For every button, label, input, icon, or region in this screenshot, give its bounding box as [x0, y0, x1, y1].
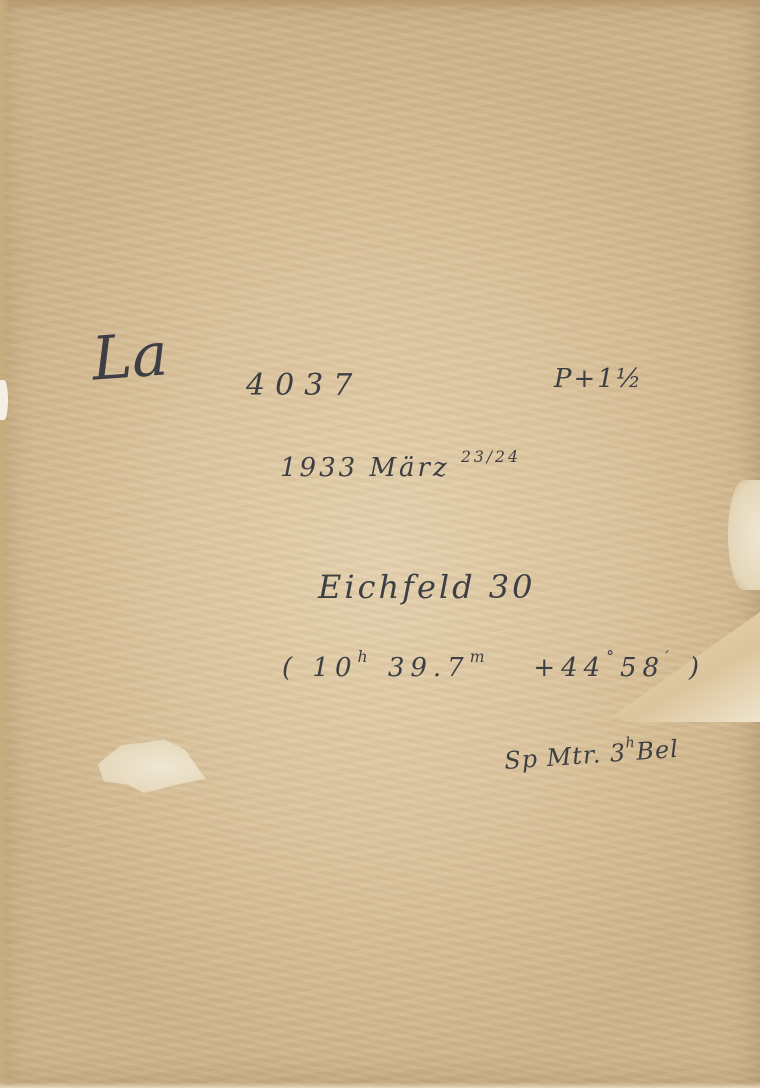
- envelope-paper: La 4037 P+1½ 1933 März 23/24 Eichfeld 30…: [0, 0, 760, 1088]
- coord-open-paren: (: [282, 653, 298, 683]
- ra-hours-unit: h: [358, 648, 374, 666]
- ra-minutes-unit: m: [470, 648, 491, 666]
- left-edge-notch: [0, 380, 8, 420]
- exposure-abbrev: Bel: [635, 735, 679, 766]
- dec-degrees: +44: [533, 653, 606, 683]
- top-edge-shadow: [0, 0, 760, 8]
- dec-minutes: 58: [620, 653, 665, 683]
- ra-hours: 10: [312, 653, 357, 683]
- dec-degrees-unit: °: [606, 648, 620, 666]
- coord-close-paren: ): [689, 653, 705, 683]
- date-days: 23/24: [461, 448, 521, 466]
- field-label: Eichfeld: [318, 568, 476, 606]
- ra-minutes: 39.7: [388, 653, 470, 683]
- left-edge-shadow: [0, 0, 10, 1088]
- exposure-note: Sp Mtr. 3hBel: [503, 732, 680, 775]
- tear-hole: [92, 738, 208, 796]
- field-name: Eichfeld 30: [318, 568, 536, 606]
- dec-minutes-unit: ′: [665, 648, 675, 666]
- date-year: 1933: [280, 453, 358, 483]
- field-number: 30: [489, 568, 536, 606]
- bottom-edge: [0, 1082, 760, 1088]
- observation-date: 1933 März 23/24: [280, 448, 521, 483]
- exposure-duration: 3: [609, 739, 627, 768]
- date-month: März: [369, 453, 449, 483]
- plate-code: P+1½: [554, 364, 643, 394]
- coordinates: ( 10h 39.7m +44°58′ ): [282, 648, 705, 683]
- right-edge-tear: [728, 480, 760, 590]
- catalog-prefix: La: [90, 319, 170, 394]
- exposure-label: Sp Mtr.: [503, 740, 602, 775]
- catalog-number: 4037: [246, 368, 362, 403]
